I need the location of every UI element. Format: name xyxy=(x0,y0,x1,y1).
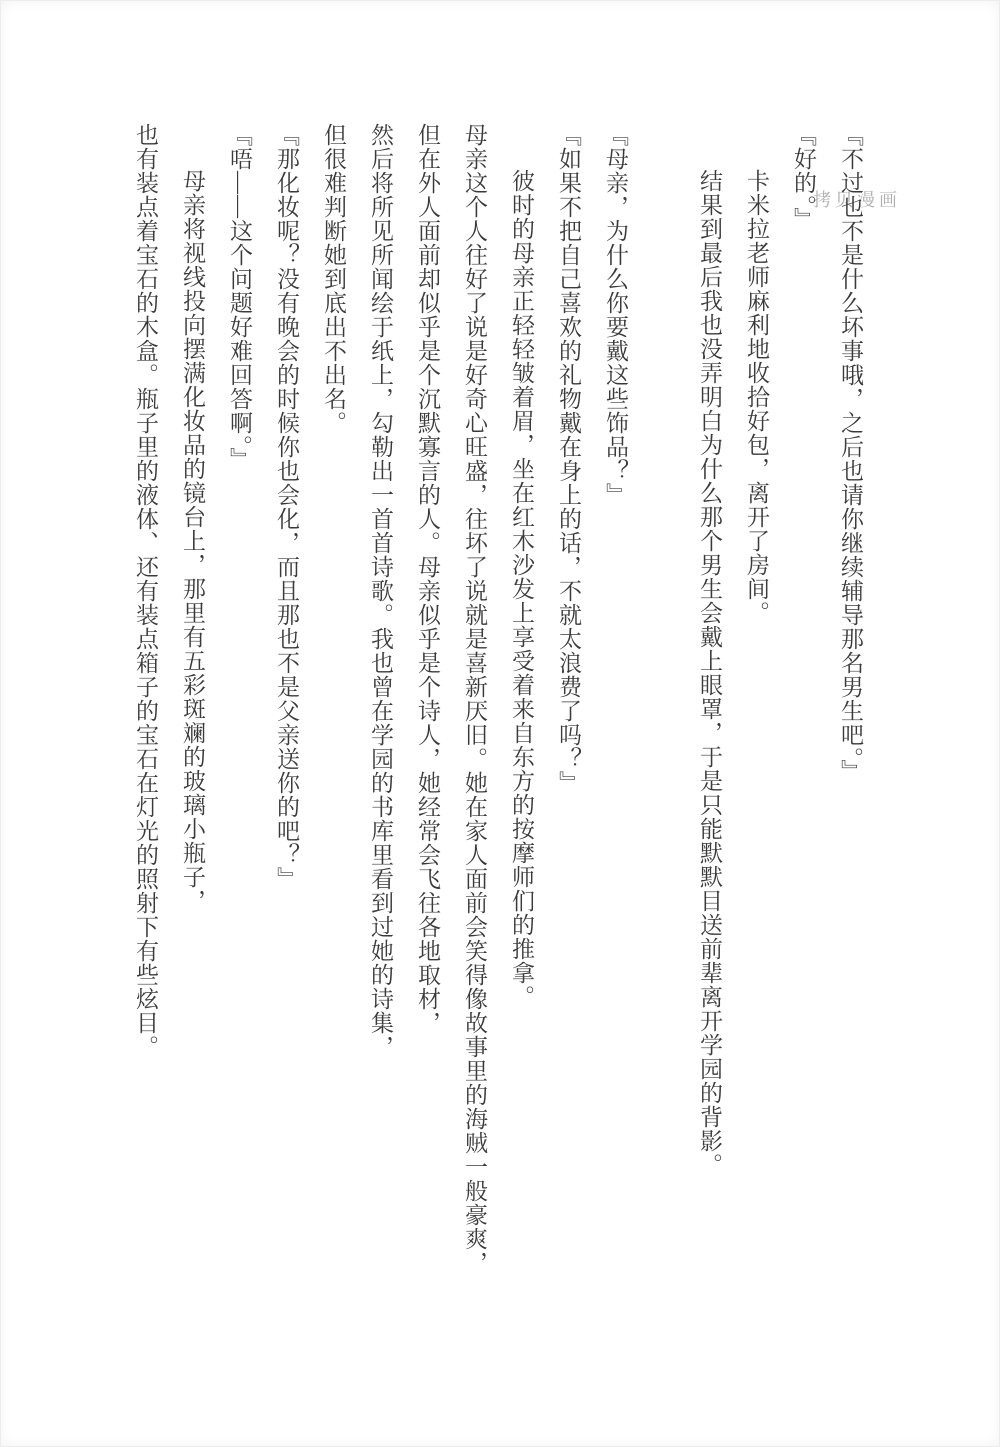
dialogue-line: 『唔——这个问题好难回答啊。』 xyxy=(216,123,263,1295)
dialogue-line: 『如果不把自己喜欢的礼物戴在身上的话，不就太浪费了吗？』 xyxy=(545,123,592,1295)
dialogue-line: 『那化妆呢？没有晚会的时候你也会化，而且那也不是父亲送你的吧？』 xyxy=(263,123,310,1295)
novel-page: 拷贝漫画 『不过也不是什么坏事哦，之后也请你继续辅导那名男生吧。』 『好的。』 … xyxy=(0,0,1000,1447)
dialogue-line: 『母亲，为什么你要戴这些饰品？』 xyxy=(592,123,639,1295)
narration-paragraph: 卡米拉老师麻利地收拾好包，离开了房间。 xyxy=(733,123,780,1295)
narration-paragraph: 结果到最后我也没弄明白为什么那个男生会戴上眼罩，于是只能默默目送前辈离开学园的背… xyxy=(686,123,733,1295)
narration-paragraph: 母亲这个人往好了说是好奇心旺盛，往坏了说就是喜新厌旧。她在家人面前会笑得像故事里… xyxy=(310,123,498,1295)
dialogue-line: 『好的。』 xyxy=(780,123,827,1295)
dialogue-line: 『不过也不是什么坏事哦，之后也请你继续辅导那名男生吧。』 xyxy=(827,123,874,1295)
narration-paragraph: 母亲将视线投向摆满化妆品的镜台上，那里有五彩斑斓的玻璃小瓶子， 也有装点着宝石的… xyxy=(122,123,216,1295)
narration-paragraph: 彼时的母亲正轻轻皱着眉，坐在红木沙发上享受着来自东方的按摩师们的推拿。 xyxy=(498,123,545,1295)
vertical-text-block: 『不过也不是什么坏事哦，之后也请你继续辅导那名男生吧。』 『好的。』 卡米拉老师… xyxy=(104,123,874,1295)
